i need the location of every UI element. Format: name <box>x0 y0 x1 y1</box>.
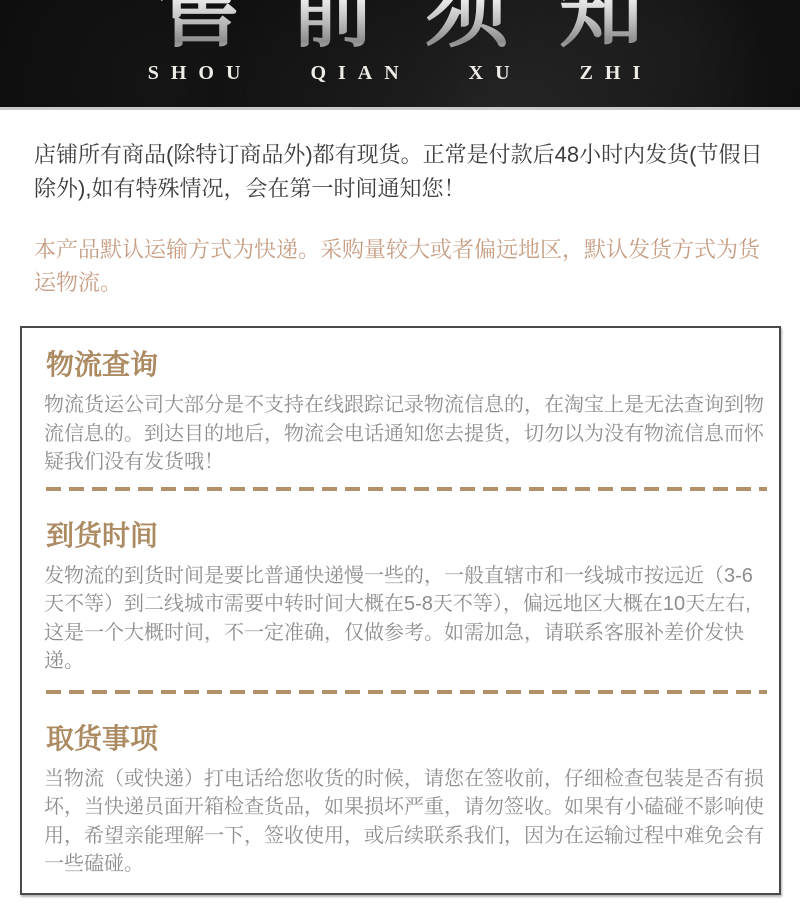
banner-pinyin-word: ZHI <box>580 62 653 85</box>
section-body-arrival-time: 发物流的到货时间是要比普通快递慢一些的，一般直辖市和一线城市按远近（3-6天不等… <box>44 562 769 676</box>
presale-notice-banner: 售 前 须 知 SHOU QIAN XU ZHI <box>0 0 800 110</box>
notice-box: 物流查询 物流货运公司大部分是不支持在线跟踪记录物流信息的，在淘宝上是无法查询到… <box>20 326 781 895</box>
section-title-arrival-time: 到货时间 <box>46 523 769 551</box>
section-body-logistics-inquiry: 物流货运公司大部分是不支持在线跟踪记录物流信息的，在淘宝上是无法查询到物流信息的… <box>44 391 769 477</box>
dashed-divider <box>46 487 767 491</box>
section-logistics-inquiry: 物流查询 物流货运公司大部分是不支持在线跟踪记录物流信息的，在淘宝上是无法查询到… <box>44 352 769 477</box>
section-arrival-time: 到货时间 发物流的到货时间是要比普通快递慢一些的，一般直辖市和一线城市按远近（3… <box>44 523 769 676</box>
dashed-divider <box>46 690 767 694</box>
banner-pinyin-word: XU <box>469 62 522 85</box>
banner-title-char: 前 <box>291 0 375 54</box>
banner-pinyin: SHOU QIAN XU ZHI <box>0 62 800 85</box>
banner-pinyin-word: SHOU <box>148 62 253 85</box>
banner-title-char: 知 <box>559 0 643 54</box>
section-pickup-matters: 取货事项 当物流（或快递）打电话给您收货的时候，请您在签收前，仔细检查包装是否有… <box>44 726 769 879</box>
default-shipping-method-paragraph: 本产品默认运输方式为快递。采购量较大或者偏远地区，默认发货方式为货运物流。 <box>34 233 772 299</box>
section-title-pickup-matters: 取货事项 <box>46 726 769 754</box>
banner-title: 售 前 须 知 <box>0 0 800 54</box>
stock-shipping-paragraph: 店铺所有商品(除特订商品外)都有现货。正常是付款后48小时内发货(节假日除外),… <box>34 138 772 206</box>
banner-title-char: 售 <box>157 0 241 54</box>
section-title-logistics-inquiry: 物流查询 <box>46 352 769 380</box>
section-body-pickup-matters: 当物流（或快递）打电话给您收货的时候，请您在签收前，仔细检查包装是否有损坏，当快… <box>44 765 769 879</box>
banner-pinyin-word: QIAN <box>310 62 410 85</box>
banner-title-char: 须 <box>425 0 509 54</box>
